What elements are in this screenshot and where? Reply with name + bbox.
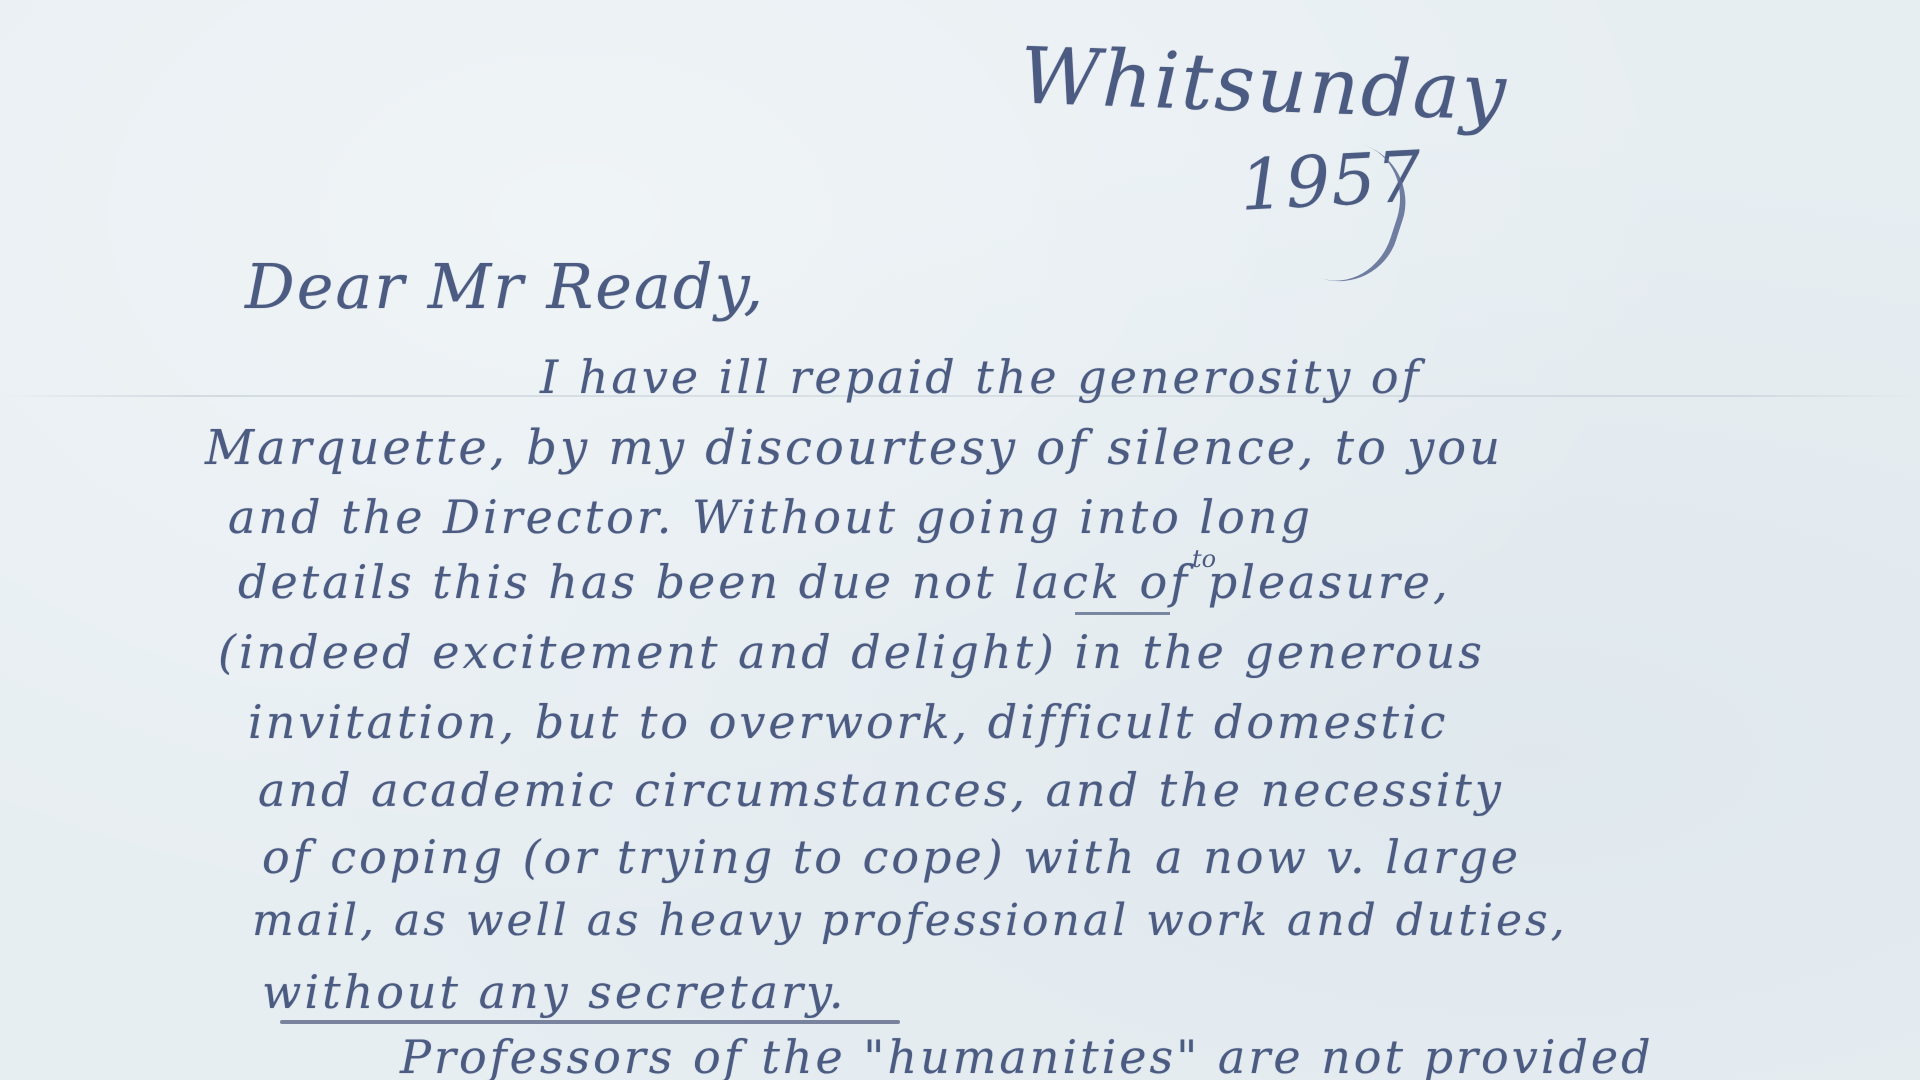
letter-body-line: (indeed excitement and delight) in the g… [218,625,1485,679]
not-underline-mark [1075,612,1170,615]
letter-body-line: invitation, but to overwork, difficult d… [248,695,1448,749]
letter-date-day: Whitsunday [1019,32,1510,139]
letter-body-line: of coping (or trying to cope) with a now… [262,830,1521,884]
letter-body-line: Marquette, by my discourtesy of silence,… [205,420,1503,476]
letter-salutation: Dear Mr Ready, [245,250,765,323]
emphasis-underline [280,1020,900,1024]
letter-body-line: without any secretary. [262,965,847,1019]
letter-body-line: mail, as well as heavy professional work… [252,895,1568,946]
letter-body-line: I have ill repaid the generosity of [540,350,1422,404]
letter-body-line: details this has been due not lack of pl… [238,555,1451,609]
caret-insertion-text: to [1192,545,1216,573]
letter-body-line: and academic circumstances, and the nece… [258,763,1504,817]
letter-paper: Whitsunday 1957 Dear Mr Ready, I have il… [0,0,1920,1080]
letter-body-line: and the Director. Without going into lon… [228,490,1313,544]
letter-body-line: Professors of the "humanities" are not p… [400,1030,1654,1080]
